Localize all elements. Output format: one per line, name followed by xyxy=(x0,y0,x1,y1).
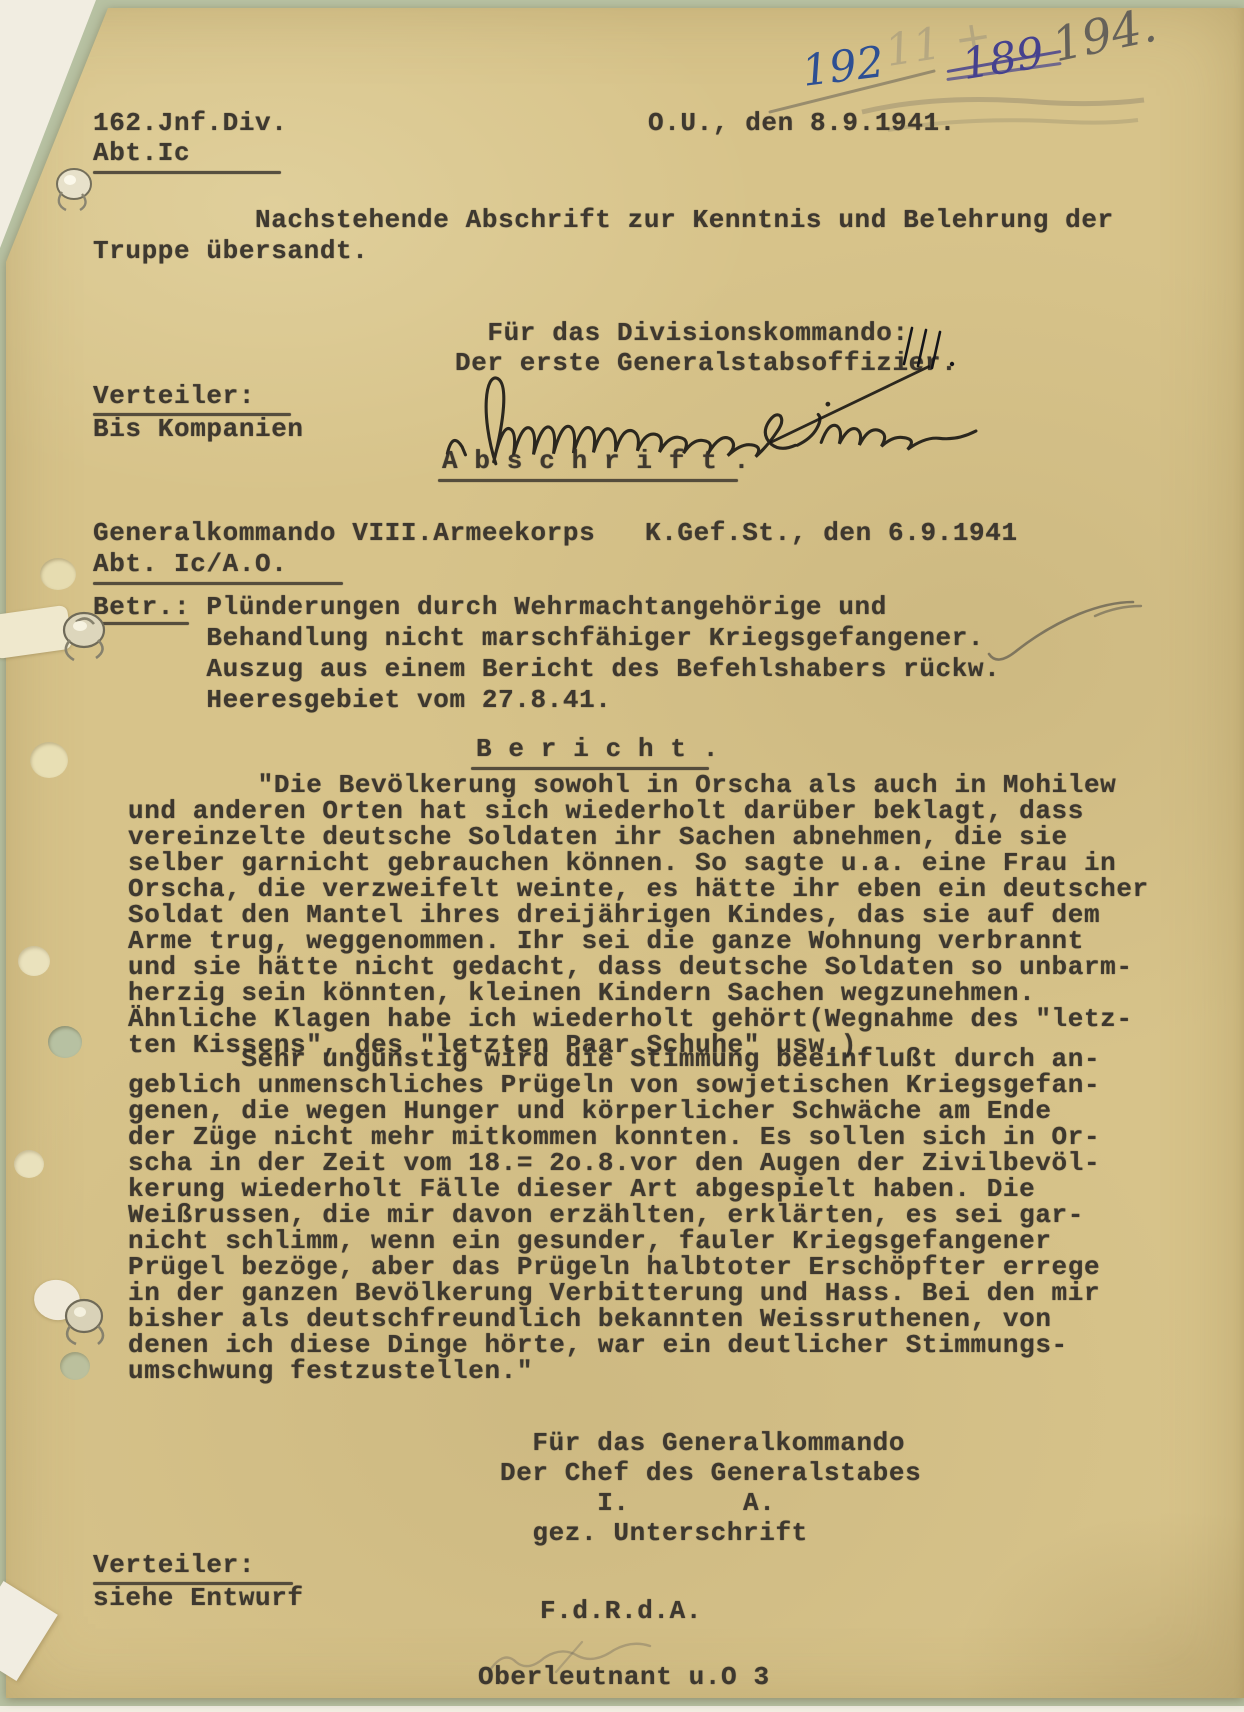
text-line: Orscha, die verzweifelt weinte, es hätte… xyxy=(128,876,1149,902)
report-paragraph-2: Sehr ungünstig wird die Stimmung beeinfl… xyxy=(128,1046,1100,1384)
abschrift-org: Generalkommando VIII.Armeekorps xyxy=(93,520,595,546)
pencil-checkmark xyxy=(975,590,1150,675)
place-date: O.U., den 8.9.1941. xyxy=(648,110,956,136)
intro-paragraph: Nachstehende Abschrift zur Kenntnis und … xyxy=(93,205,1114,267)
text-line: und sie hätte nicht gedacht, dass deutsc… xyxy=(128,954,1149,980)
text-line: gez. Unterschrift xyxy=(500,1518,921,1548)
punch-hole xyxy=(30,742,68,778)
text-line: Weißrussen, die mir davon erzählten, erk… xyxy=(128,1202,1100,1228)
text-line: Behandlung nicht marschfähiger Kriegsgef… xyxy=(93,623,1000,654)
punch-hole xyxy=(14,1150,44,1178)
underline-rule xyxy=(93,582,343,585)
verteiler-bottom-label: Verteiler: xyxy=(93,1552,255,1578)
text-line: nicht schlimm, wenn ein gesunder, fauler… xyxy=(128,1228,1100,1254)
text-line: scha in der Zeit vom 18.= 2o.8.vor den A… xyxy=(128,1150,1100,1176)
text-line: Truppe übersandt. xyxy=(93,236,1114,267)
unit-line-1: 162.Jnf.Div. xyxy=(93,110,287,136)
punch-hole-through xyxy=(48,1026,82,1058)
text-line: Sehr ungünstig wird die Stimmung beeinfl… xyxy=(128,1046,1100,1072)
text-line: Soldat den Mantel ihres dreijährigen Kin… xyxy=(128,902,1149,928)
certification-line: F.d.R.d.A. xyxy=(540,1598,702,1624)
text-line: Betr.: Plünderungen durch Wehrmachtangeh… xyxy=(93,592,1000,623)
text-line: Heeresgebiet vom 27.8.41. xyxy=(93,685,1000,716)
abschrift-title: A b s c h r i f t . xyxy=(442,448,750,474)
text-line: herzig sein könnten, kleinen Kindern Sac… xyxy=(128,980,1149,1006)
text-line: und anderen Orten hat sich wiederholt da… xyxy=(128,798,1149,824)
closing-block: Für das GeneralkommandoDer Chef des Gene… xyxy=(500,1428,921,1548)
punch-hole xyxy=(40,558,76,590)
paper-fastener xyxy=(52,600,118,664)
unit-line-2: Abt.Ic xyxy=(93,140,190,166)
text-line: umschwung festzustellen." xyxy=(128,1358,1100,1384)
text-line: Arme trug, weggenommen. Ihr sei die ganz… xyxy=(128,928,1149,954)
text-line: vereinzelte deutsche Soldaten ihr Sachen… xyxy=(128,824,1149,850)
paper-fastener xyxy=(54,1288,118,1350)
text-line: Prügel bezöge, aber das Prügeln halbtote… xyxy=(128,1254,1100,1280)
punch-hole xyxy=(18,946,50,976)
text-line: Für das Generalkommando xyxy=(500,1428,921,1458)
punch-hole-through xyxy=(60,1352,90,1380)
text-line: geblich unmenschliches Prügeln von sowje… xyxy=(128,1072,1100,1098)
text-line: Auszug aus einem Bericht des Befehlshabe… xyxy=(93,654,1000,685)
verteiler-top-label: Verteiler: xyxy=(93,383,255,409)
text-line: I. A. xyxy=(500,1488,921,1518)
betreff-block: Betr.: Plünderungen durch Wehrmachtangeh… xyxy=(93,592,1000,716)
text-line: denen ich diese Dinge hörte, war ein deu… xyxy=(128,1332,1100,1358)
bericht-title: B e r i c h t . xyxy=(476,736,719,762)
text-line: Ähnliche Klagen habe ich wiederholt gehö… xyxy=(128,1006,1149,1032)
underline-rule xyxy=(438,479,738,482)
text-line: "Die Bevölkerung sowohl in Orscha als au… xyxy=(128,772,1149,798)
text-line: Der Chef des Generalstabes xyxy=(500,1458,921,1488)
text-line: bisher als deutschfreundlich bekannten W… xyxy=(128,1306,1100,1332)
text-line: genen, die wegen Hunger und körperlicher… xyxy=(128,1098,1100,1124)
abschrift-org-date: K.Gef.St., den 6.9.1941 xyxy=(645,520,1018,546)
text-line: kerung wiederholt Fälle dieser Art abges… xyxy=(128,1176,1100,1202)
text-line: Nachstehende Abschrift zur Kenntnis und … xyxy=(93,205,1114,236)
abschrift-dept: Abt. Ic/A.O. xyxy=(93,551,287,577)
verteiler-top-value: Bis Kompanien xyxy=(93,416,304,442)
verteiler-bottom-value: siehe Entwurf xyxy=(93,1585,304,1611)
paper-fastener xyxy=(48,158,104,216)
report-paragraph-1: "Die Bevölkerung sowohl in Orscha als au… xyxy=(128,772,1149,1058)
document-scan: 11 + 192 189 194. 162.Jnf.Div. Abt.Ic O.… xyxy=(0,0,1244,1712)
text-line: selber garnicht gebrauchen können. So sa… xyxy=(128,850,1149,876)
rank-line: Oberleutnant u.O 3 xyxy=(478,1664,770,1690)
text-line: in der ganzen Bevölkerung Verbitterung u… xyxy=(128,1280,1100,1306)
text-line: der Züge nicht mehr mitkommen konnten. E… xyxy=(128,1124,1100,1150)
underline-rule xyxy=(93,171,281,174)
